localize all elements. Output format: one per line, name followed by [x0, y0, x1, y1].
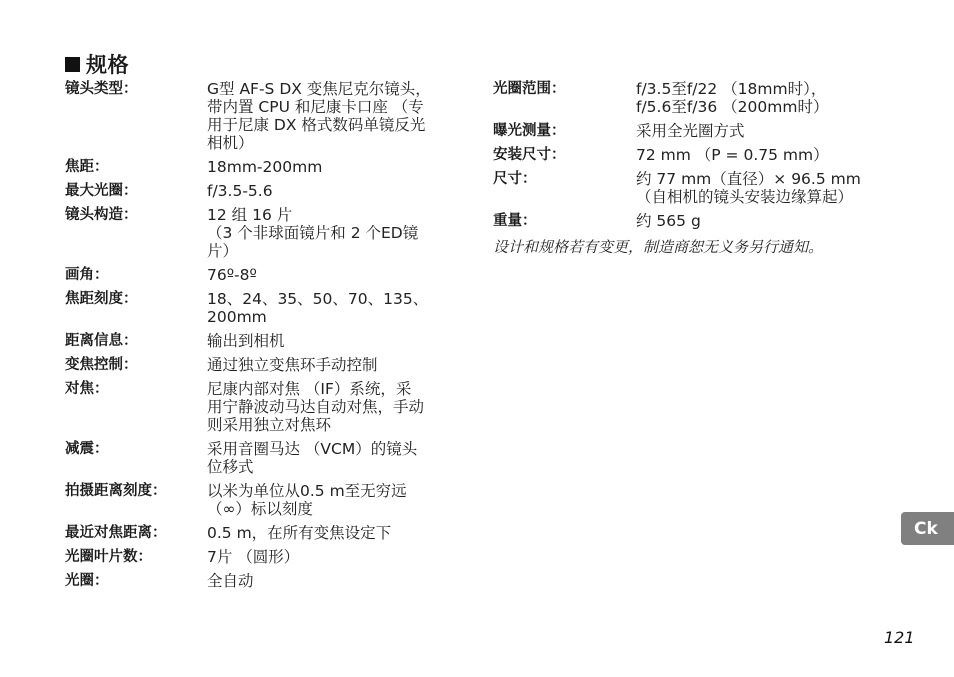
- spec-row-angle-of-view: 画角：76º-8º: [65, 266, 475, 284]
- spec-value: 尼康内部对焦 （IF）系统，采 用宁静波动马达自动对焦，手动 则采用独立对焦环: [207, 380, 475, 434]
- spec-row-min-focus-distance: 最近对焦距离：0.5 m，在所有变焦设定下: [65, 524, 475, 542]
- spec-value: 7片 （圆形）: [207, 548, 475, 566]
- spec-value: 以米为单位从0.5 m至无穷远 （∞）标以刻度: [207, 482, 475, 518]
- section-title: 规格: [86, 49, 129, 79]
- specs-left-column: 镜头类型：G型 AF-S DX 变焦尼克尔镜头， 带内置 CPU 和尼康卡口座 …: [65, 80, 475, 596]
- spec-value: 0.5 m，在所有变焦设定下: [207, 524, 475, 542]
- spec-value: 通过独立变焦环手动控制: [207, 356, 475, 374]
- spec-row-lens-type: 镜头类型：G型 AF-S DX 变焦尼克尔镜头， 带内置 CPU 和尼康卡口座 …: [65, 80, 475, 152]
- spec-label: 距离信息：: [65, 332, 207, 350]
- spec-row-zoom-control: 变焦控制：通过独立变焦环手动控制: [65, 356, 475, 374]
- spec-label: 曝光测量：: [493, 122, 636, 140]
- spec-value: 约 77 mm（直径）× 96.5 mm （自相机的镜头安装边缘算起）: [636, 170, 903, 206]
- spec-label: 镜头类型：: [65, 80, 207, 152]
- spec-value: 全自动: [207, 572, 475, 590]
- spec-value: 18mm-200mm: [207, 158, 475, 176]
- spec-value: 76º-8º: [207, 266, 475, 284]
- spec-label: 减震：: [65, 440, 207, 476]
- spec-label: 尺寸：: [493, 170, 636, 206]
- spec-value: 12 组 16 片 （3 个非球面镜片和 2 个ED镜 片）: [207, 206, 475, 260]
- section-heading: 规格: [65, 49, 129, 79]
- spec-row-exposure-metering: 曝光测量：采用全光圈方式: [493, 122, 903, 140]
- spec-label: 变焦控制：: [65, 356, 207, 374]
- spec-label: 光圈叶片数：: [65, 548, 207, 566]
- specs-right-column: 光圈范围：f/3.5至f/22 （18mm时）， f/5.6至f/36 （200…: [493, 80, 903, 257]
- spec-value: G型 AF-S DX 变焦尼克尔镜头， 带内置 CPU 和尼康卡口座 （专 用于…: [207, 80, 475, 152]
- spec-row-focusing: 对焦：尼康内部对焦 （IF）系统，采 用宁静波动马达自动对焦，手动 则采用独立对…: [65, 380, 475, 434]
- spec-label: 画角：: [65, 266, 207, 284]
- language-tab: Ck: [901, 512, 954, 545]
- spec-label: 对焦：: [65, 380, 207, 434]
- page-number: 121: [884, 628, 915, 647]
- square-bullet-icon: [65, 57, 80, 72]
- specification-change-notice: 设计和规格若有变更，制造商恕无义务另行通知。: [493, 236, 903, 257]
- spec-label: 最大光圈：: [65, 182, 207, 200]
- spec-label: 最近对焦距离：: [65, 524, 207, 542]
- spec-label: 镜头构造：: [65, 206, 207, 260]
- spec-value: 采用全光圈方式: [636, 122, 903, 140]
- spec-value: 输出到相机: [207, 332, 475, 350]
- spec-row-attachment-size: 安装尺寸：72 mm （P = 0.75 mm）: [493, 146, 903, 164]
- spec-row-focal-length: 焦距：18mm-200mm: [65, 158, 475, 176]
- spec-row-distance-scale: 拍摄距离刻度：以米为单位从0.5 m至无穷远 （∞）标以刻度: [65, 482, 475, 518]
- spec-value: f/3.5至f/22 （18mm时）， f/5.6至f/36 （200mm时）: [636, 80, 903, 116]
- spec-row-max-aperture: 最大光圈：f/3.5-5.6: [65, 182, 475, 200]
- spec-row-diaphragm: 光圈：全自动: [65, 572, 475, 590]
- spec-value: 约 565 g: [636, 212, 903, 230]
- spec-row-aperture-range: 光圈范围：f/3.5至f/22 （18mm时）， f/5.6至f/36 （200…: [493, 80, 903, 116]
- spec-label: 焦距刻度：: [65, 290, 207, 326]
- spec-label: 安装尺寸：: [493, 146, 636, 164]
- spec-row-dimensions: 尺寸：约 77 mm（直径）× 96.5 mm （自相机的镜头安装边缘算起）: [493, 170, 903, 206]
- spec-row-distance-info: 距离信息：输出到相机: [65, 332, 475, 350]
- spec-row-diaphragm-blades: 光圈叶片数：7片 （圆形）: [65, 548, 475, 566]
- spec-label: 焦距：: [65, 158, 207, 176]
- spec-value: 18、24、35、50、70、135、 200mm: [207, 290, 475, 326]
- spec-row-focal-scale: 焦距刻度：18、24、35、50、70、135、 200mm: [65, 290, 475, 326]
- spec-value: f/3.5-5.6: [207, 182, 475, 200]
- spec-label: 光圈：: [65, 572, 207, 590]
- spec-row-lens-construction: 镜头构造：12 组 16 片 （3 个非球面镜片和 2 个ED镜 片）: [65, 206, 475, 260]
- spec-label: 拍摄距离刻度：: [65, 482, 207, 518]
- spec-label: 重量：: [493, 212, 636, 230]
- spec-row-weight: 重量：约 565 g: [493, 212, 903, 230]
- spec-value: 72 mm （P = 0.75 mm）: [636, 146, 903, 164]
- spec-row-vibration-reduction: 减震：采用音圈马达 （VCM）的镜头 位移式: [65, 440, 475, 476]
- spec-label: 光圈范围：: [493, 80, 636, 116]
- spec-value: 采用音圈马达 （VCM）的镜头 位移式: [207, 440, 475, 476]
